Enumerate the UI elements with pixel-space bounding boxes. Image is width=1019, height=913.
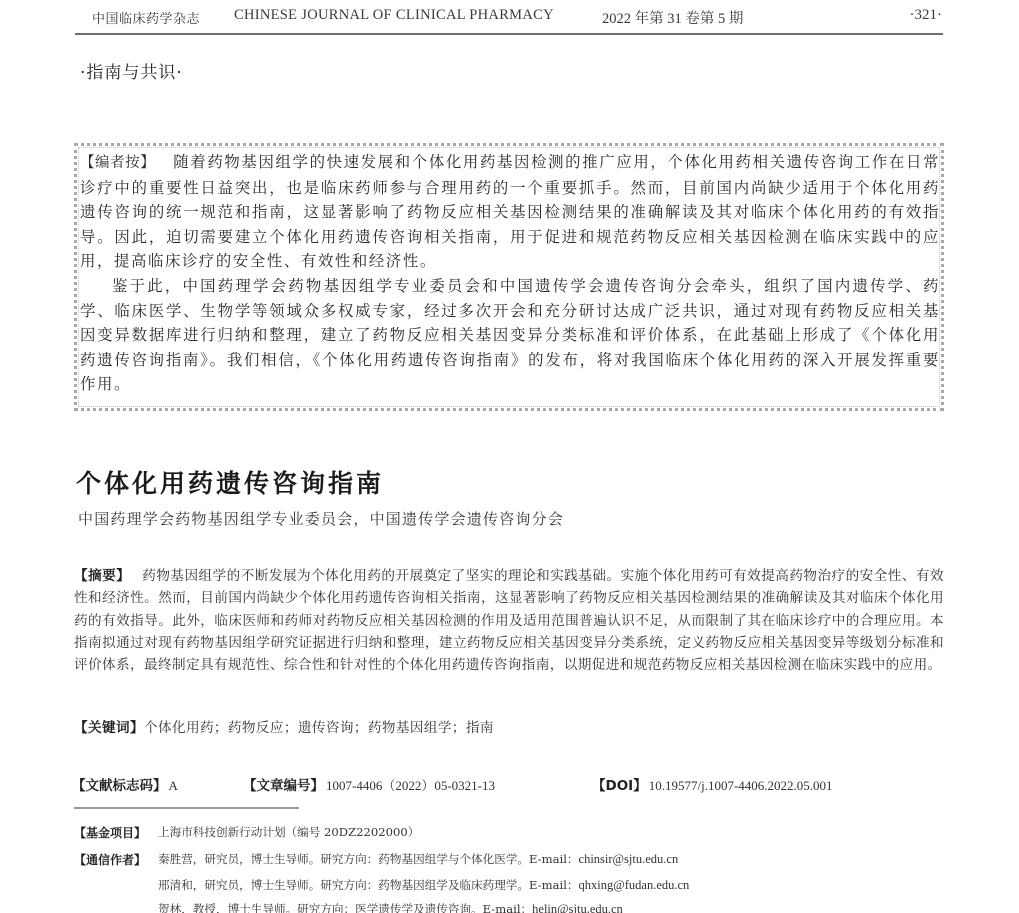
issue-info: 2022 年第 31 卷第 5 期 [602,7,743,28]
abstract-text: 药物基因组学的不断发展为个体化用药的开展奠定了坚实的理论和实践基础。实施个体化用… [74,568,944,673]
running-header: 中国临床药学杂志 CHINESE JOURNAL OF CLINICAL PHA… [92,6,942,28]
correspondent-3-text: 贺林，教授，博士生导师。研究方向：医学遗传学及遗传咨询。E-mail：helin… [158,901,623,913]
funding-label: 【基金项目】 [74,824,146,841]
footnote-rule [74,807,299,809]
article-title: 个体化用药遗传咨询指南 [76,464,384,500]
section-tag: ·指南与共识· [80,58,183,83]
article-number: 【文章编号】1007-4406（2022）05-0321-13 [243,774,495,794]
editor-note: 【编者按】随着药物基因组学的快速发展和个体化用药基因检测的推广应用，个体化用药相… [80,150,940,397]
document-code-label: 【文献标志码】 [72,778,167,794]
journal-name-en: CHINESE JOURNAL OF CLINICAL PHARMACY [234,7,554,24]
article-number-value: 1007-4406（2022）05-0321-13 [326,778,495,793]
editor-note-label: 【编者按】 [80,155,155,171]
doi-value[interactable]: 10.19577/j.1007-4406.2022.05.001 [649,778,833,793]
correspondent-1-info: 秦胜营，研究员，博士生导师。研究方向：药物基因组学与个体化医学。E-mail： [158,852,579,866]
abstract: 【摘要】药物基因组学的不断发展为个体化用药的开展奠定了坚实的理论和实践基础。实施… [74,565,944,676]
abstract-label: 【摘要】 [74,568,130,584]
article-authors: 中国药理学会药物基因组学专业委员会，中国遗传学会遗传咨询分会 [78,508,564,529]
keywords-text: 个体化用药；药物反应；遗传咨询；药物基因组学；指南 [144,720,494,736]
correspondent-2-email[interactable]: qhxing@fudan.edu.cn [579,878,690,892]
page-number: ·321· [910,7,943,24]
article-number-label: 【文章编号】 [243,778,324,794]
journal-name-cn: 中国临床药学杂志 [92,8,200,27]
doi: 【DOI】10.19577/j.1007-4406.2022.05.001 [592,774,833,794]
doi-label: 【DOI】 [592,778,647,794]
correspondent-1-text: 秦胜营，研究员，博士生导师。研究方向：药物基因组学与个体化医学。E-mail：c… [158,851,678,867]
editor-note-paragraph-1: 【编者按】随着药物基因组学的快速发展和个体化用药基因检测的推广应用，个体化用药相… [80,150,940,274]
header-rule [75,33,943,35]
editor-note-paragraph-2: 鉴于此，中国药理学会药物基因组学专业委员会和中国遗传学会遗传咨询分会牵头，组织了… [80,274,940,397]
correspondent-2-text: 邢清和，研究员，博士生导师。研究方向：药物基因组学及临床药理学。E-mail：q… [158,877,689,893]
correspondent-3-email[interactable]: helin@sjtu.edu.cn [532,902,623,913]
correspondent-3-info: 贺林，教授，博士生导师。研究方向：医学遗传学及遗传咨询。E-mail： [158,902,532,913]
document-code: 【文献标志码】A [72,774,178,794]
correspondent-2-info: 邢清和，研究员，博士生导师。研究方向：药物基因组学及临床药理学。E-mail： [158,878,579,892]
keywords-label: 【关键词】 [74,720,144,736]
correspondence-label: 【通信作者】 [74,851,146,868]
correspondent-1-email[interactable]: chinsir@sjtu.edu.cn [579,852,679,866]
keywords: 【关键词】个体化用药；药物反应；遗传咨询；药物基因组学；指南 [74,716,944,736]
document-code-value: A [169,778,178,793]
funding-text: 上海市科技创新行动计划（编号 20DZ2202000） [158,824,419,840]
editor-note-text-1: 随着药物基因组学的快速发展和个体化用药基因检测的推广应用，个体化用药相关遗传咨询… [80,153,940,270]
